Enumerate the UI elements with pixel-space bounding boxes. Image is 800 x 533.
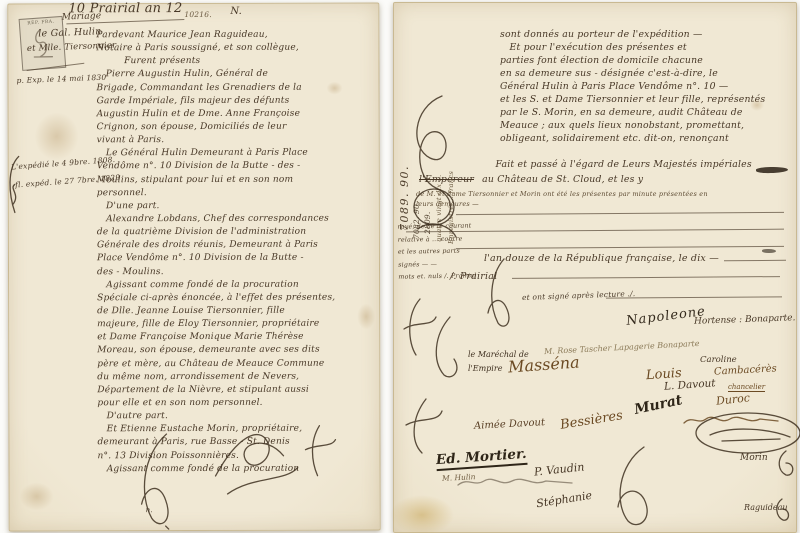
- manuscript-line: Spéciale ci-après énoncée, à l'effet des…: [97, 292, 335, 306]
- ruled-line: [606, 296, 782, 298]
- signature-cambaceres: Cambacérès: [714, 363, 777, 377]
- manuscript-line: Pierre Augustin Hulin, Général de: [96, 69, 334, 83]
- left-page-body-text: Pardevant Maurice Jean Raguideau,Notaire…: [96, 30, 335, 477]
- manuscript-line: Brigade, Commandant les Grenadiers de la: [97, 82, 335, 96]
- manuscript-line: vivant à Paris.: [97, 135, 335, 149]
- manuscript-line: Et pour l'exécution des présentes et: [500, 42, 765, 55]
- signature-morin: Morin: [740, 453, 768, 463]
- manuscript-line: D'une part.: [97, 200, 335, 214]
- manuscript-line: en sa demeure sus - désignée c'est-à-dir…: [500, 68, 765, 81]
- margin-note-1830: p. Exp. le 14 mai 1830: [16, 73, 106, 85]
- signature-caroline: Caroline: [700, 355, 737, 365]
- margin-note-line: mots et. nuls /. Prairial: [398, 272, 476, 286]
- paraph-flourish: [400, 395, 446, 457]
- manuscript-line: Vendôme n°. 10 Division de la Butte - de…: [97, 161, 335, 175]
- signature-murat: Murat: [633, 392, 684, 418]
- bottom-mark: n.: [146, 506, 153, 514]
- manuscript-line: de Dlle. Jeanne Louise Tiersonnier, fill…: [97, 306, 335, 320]
- manuscript-line: et les S. et Dame Tiersonnier et leur fi…: [500, 94, 765, 107]
- manuscript-line: Alexandre Lobdans, Chef des correspondan…: [97, 214, 335, 228]
- paper-stain: [327, 82, 343, 95]
- right-page-body-text: sont donnés au porteur de l'expédition —…: [500, 29, 765, 146]
- manuscript-line: par le S. Morin, en sa demeure, audit Ch…: [500, 107, 765, 120]
- manuscript-line: des - Moulins.: [97, 266, 335, 280]
- manuscript-line: Pardevant Maurice Jean Raguideau,: [96, 30, 334, 44]
- ruled-line: [512, 276, 780, 279]
- registration-ring-flourish: [410, 181, 458, 243]
- left-page: 10 Prairial an 12 10216. N. RÉP. FRA. Ma…: [7, 3, 380, 532]
- manuscript-line: personnel.: [97, 187, 335, 201]
- manuscript-line: Agissant comme fondé de la procuration: [97, 279, 335, 293]
- manuscript-scan: { "document_title": "Contrat de mariage …: [0, 0, 800, 533]
- signature-davout: L. Davout: [664, 377, 716, 393]
- manuscript-line: Meauce ; aux quels lieux nonobstant, pro…: [500, 120, 765, 133]
- manuscript-line: et Dame Françoise Monique Marie Thérèse: [97, 332, 335, 346]
- paper-stain: [20, 482, 54, 510]
- folio-number: 10216.: [184, 10, 211, 19]
- paper-stain: [390, 495, 454, 533]
- manuscript-line: Place Vendôme n°. 10 Division de la Butt…: [97, 253, 335, 267]
- signature-aimee-davout: Aimée Davout: [474, 417, 546, 432]
- manuscript-line: Notaire à Paris soussigné, et son collèg…: [96, 43, 334, 57]
- paraph-flourish: [420, 311, 470, 381]
- ruled-line: [456, 246, 784, 249]
- ink-blot: [762, 249, 776, 253]
- right-page: sont donnés au porteur de l'expédition —…: [393, 2, 797, 533]
- paper-stain: [357, 304, 375, 330]
- date-paraph-flourish: [474, 255, 526, 330]
- paraph-flourish: [772, 449, 798, 479]
- manuscript-line: Furent présents: [96, 56, 334, 70]
- signature-massena: Masséna: [507, 353, 580, 377]
- paraph-flourish: [291, 422, 341, 484]
- signature-marechal-title-2: l'Empire: [468, 364, 502, 373]
- paraph-flourish: [207, 416, 302, 511]
- manuscript-line: sont donnés au porteur de l'expédition —: [500, 29, 765, 42]
- signature-intro: et ont signé après lecture ./.: [522, 289, 636, 302]
- manuscript-line: obligeant, solidairement etc. dit-on, re…: [500, 133, 765, 146]
- signature-hortense: Hortense : Bonaparte.: [694, 313, 796, 327]
- signature-bessieres: Bessières: [559, 408, 624, 433]
- ink-blot: [756, 166, 788, 173]
- manuscript-line: Général Hulin à Paris Place Vendôme n°. …: [500, 81, 765, 94]
- after-struck-text: au Château de St. Cloud, et les y: [482, 174, 643, 185]
- paraph-flourish: [121, 426, 201, 531]
- ruled-line: [724, 260, 786, 261]
- paraph-flourish: [594, 441, 674, 531]
- folio-mark: N.: [230, 6, 242, 17]
- fait-et-passe-line: Fait et passé à l'égard de Leurs Majesté…: [486, 159, 752, 170]
- ruled-line: [456, 212, 784, 215]
- manuscript-line: de la quatrième Division de l'administra…: [97, 227, 335, 241]
- manuscript-line: Augustin Hulin et de Dme. Anne Françoise: [97, 108, 335, 122]
- signature-stephanie: Stéphanie: [535, 489, 593, 511]
- paper-stain: [750, 99, 764, 111]
- signature-vaudin: P. Vaudin: [533, 460, 584, 478]
- manuscript-line: Moreau, son épouse, demeurante avec ses …: [97, 345, 335, 359]
- manuscript-line: majeure, fille de Eloy Tiersonnier, prop…: [97, 319, 335, 333]
- manuscript-line: du même nom, arrondissement de Nevers,: [97, 371, 335, 385]
- paraph-flourish: [770, 497, 794, 523]
- manuscript-line: Département de la Nièvre, et stipulant a…: [97, 384, 335, 398]
- manuscript-line: Garde Impériale, fils majeur des défunts: [97, 95, 335, 109]
- manuscript-line: pour elle et en son nom personnel.: [97, 398, 335, 412]
- manuscript-line: Crignon, son épouse, Domiciliés de leur: [97, 122, 335, 136]
- manuscript-line: Le Général Hulin Demeurant à Paris Place: [97, 148, 335, 162]
- manuscript-line: Moulins, stipulant pour lui et en son no…: [97, 174, 335, 188]
- manuscript-line: père et mère, au Château de Meauce Commu…: [97, 358, 335, 372]
- paper-stain: [35, 112, 79, 160]
- manuscript-line: parties font élection de domicile chacun…: [500, 55, 765, 68]
- signature-mortier: Ed. Mortier.: [435, 446, 527, 471]
- manuscript-line: Générale des droits réunis, Demeurant à …: [97, 240, 335, 254]
